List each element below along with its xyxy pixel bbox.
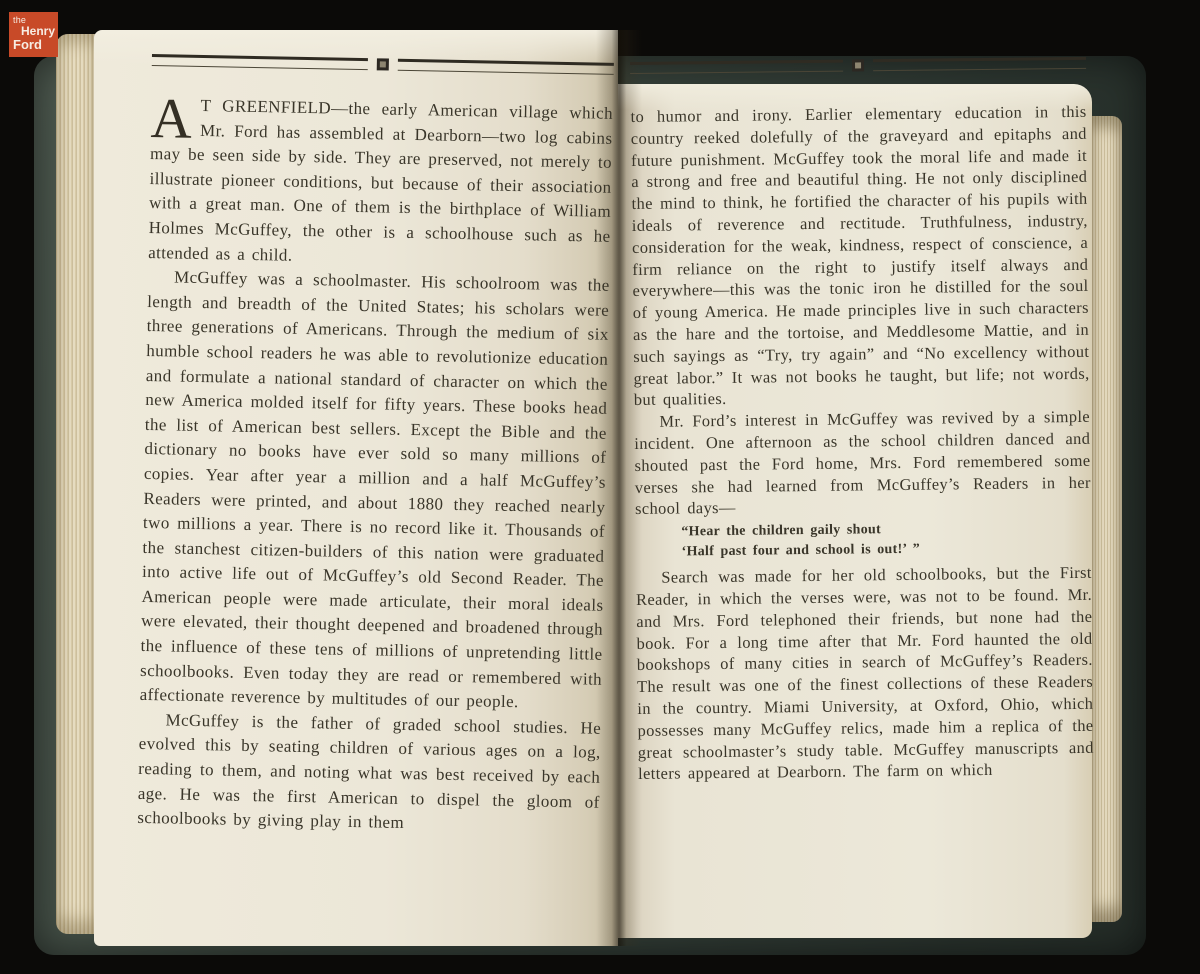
logo-word-henry: Henry xyxy=(21,25,58,37)
henry-ford-logo: the Henry Ford xyxy=(9,12,58,57)
rule-line xyxy=(630,60,843,74)
book-photograph: the Henry Ford AT GREENFIELD—the early A… xyxy=(0,0,1200,974)
left-page-body: AT GREENFIELD—the early American village… xyxy=(137,93,613,840)
verse-quote: “Hear the children gaily shout ‘Half pas… xyxy=(681,518,1091,562)
right-page-body: to humor and irony. Earlier elementary e… xyxy=(630,101,1094,785)
page-edges-right xyxy=(1090,116,1122,922)
logo-word-ford: Ford xyxy=(13,38,58,51)
header-ornament-icon xyxy=(377,58,389,70)
rule-line xyxy=(873,57,1086,71)
paragraph: Search was made for her old schoolbooks,… xyxy=(636,562,1094,785)
paragraph: to humor and irony. Earlier elementary e… xyxy=(630,101,1089,411)
left-page-text: AT GREENFIELD—the early American village… xyxy=(137,54,614,840)
paragraph: McGuffey was a schoolmaster. His schoolr… xyxy=(139,265,609,716)
verse-line: ‘Half past four and school is out!’ ” xyxy=(681,537,1091,561)
paragraph: McGuffey is the father of graded school … xyxy=(137,708,601,840)
paragraph: Mr. Ford’s interest in McGuffey was revi… xyxy=(634,406,1091,520)
paragraph-text: T GREENFIELD—the early American village … xyxy=(148,96,613,264)
header-ornament-icon xyxy=(852,59,864,71)
open-book: AT GREENFIELD—the early American village… xyxy=(0,0,1200,974)
paragraph-opening: AT GREENFIELD—the early American village… xyxy=(148,93,613,274)
right-page-text: to humor and irony. Earlier elementary e… xyxy=(630,57,1094,785)
drop-cap: A xyxy=(150,93,200,142)
page-edges-left xyxy=(56,34,98,934)
